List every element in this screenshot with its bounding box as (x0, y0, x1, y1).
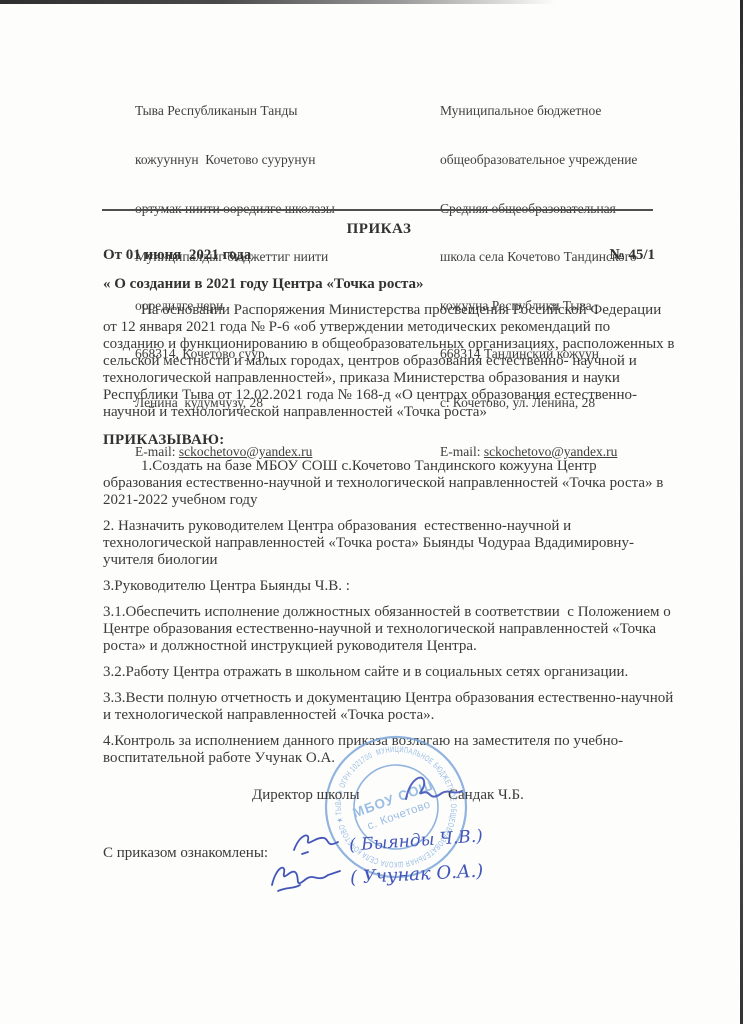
header-divider (102, 209, 653, 211)
ack-signature-scribble-1 (288, 828, 344, 858)
scan-artifact-top (0, 0, 556, 4)
order-item-3-3: 3.3.Вести полную отчетность и документац… (103, 690, 675, 724)
letterhead-right-line: общеобразовательное учреждение (440, 152, 720, 168)
order-item-3-1: 3.1.Обеспечить исполнение должностных об… (103, 604, 675, 655)
acknowledgment-label: С приказом ознакомлены: (103, 845, 268, 862)
letterhead-right-line: Муниципальное бюджетное (440, 103, 720, 119)
order-date: От 01 июня 2021 года (103, 247, 251, 264)
letterhead-left-line: Тыва Республиканын Танды (135, 103, 430, 119)
order-item-1: 1.Создать на базе МБОУ СОШ с.Кочетово Та… (103, 458, 675, 509)
ack-signature-scribble-2 (266, 857, 346, 895)
director-signature-scribble (398, 769, 468, 809)
letterhead-left-line: кожууннун Кочетово суурунун (135, 152, 430, 168)
order-title: ПРИКАЗ (103, 221, 655, 238)
order-subject: « О создании в 2021 году Центра «Точка р… (103, 276, 655, 293)
director-label: Директор школы (252, 787, 360, 804)
scan-artifact-right-edge (740, 0, 743, 1024)
order-number: № 45/1 (610, 247, 656, 264)
order-item-2: 2. Назначить руководителем Центра образо… (103, 518, 675, 569)
order-preamble: На основании Распоряжения Министерства п… (103, 302, 675, 421)
date-number-row: От 01 июня 2021 года № 45/1 (103, 247, 655, 264)
director-signature-row: Директор школы Сандак Ч.Б. (0, 787, 744, 807)
order-item-3-2: 3.2.Работу Центра отражать в школьном са… (103, 664, 675, 681)
order-item-3: 3.Руководителю Центра Быянды Ч.В. : (103, 578, 675, 595)
order-command-word: ПРИКАЗЫВАЮ: (103, 432, 655, 449)
order-body: ПРИКАЗ От 01 июня 2021 года № 45/1 « О с… (103, 221, 655, 767)
